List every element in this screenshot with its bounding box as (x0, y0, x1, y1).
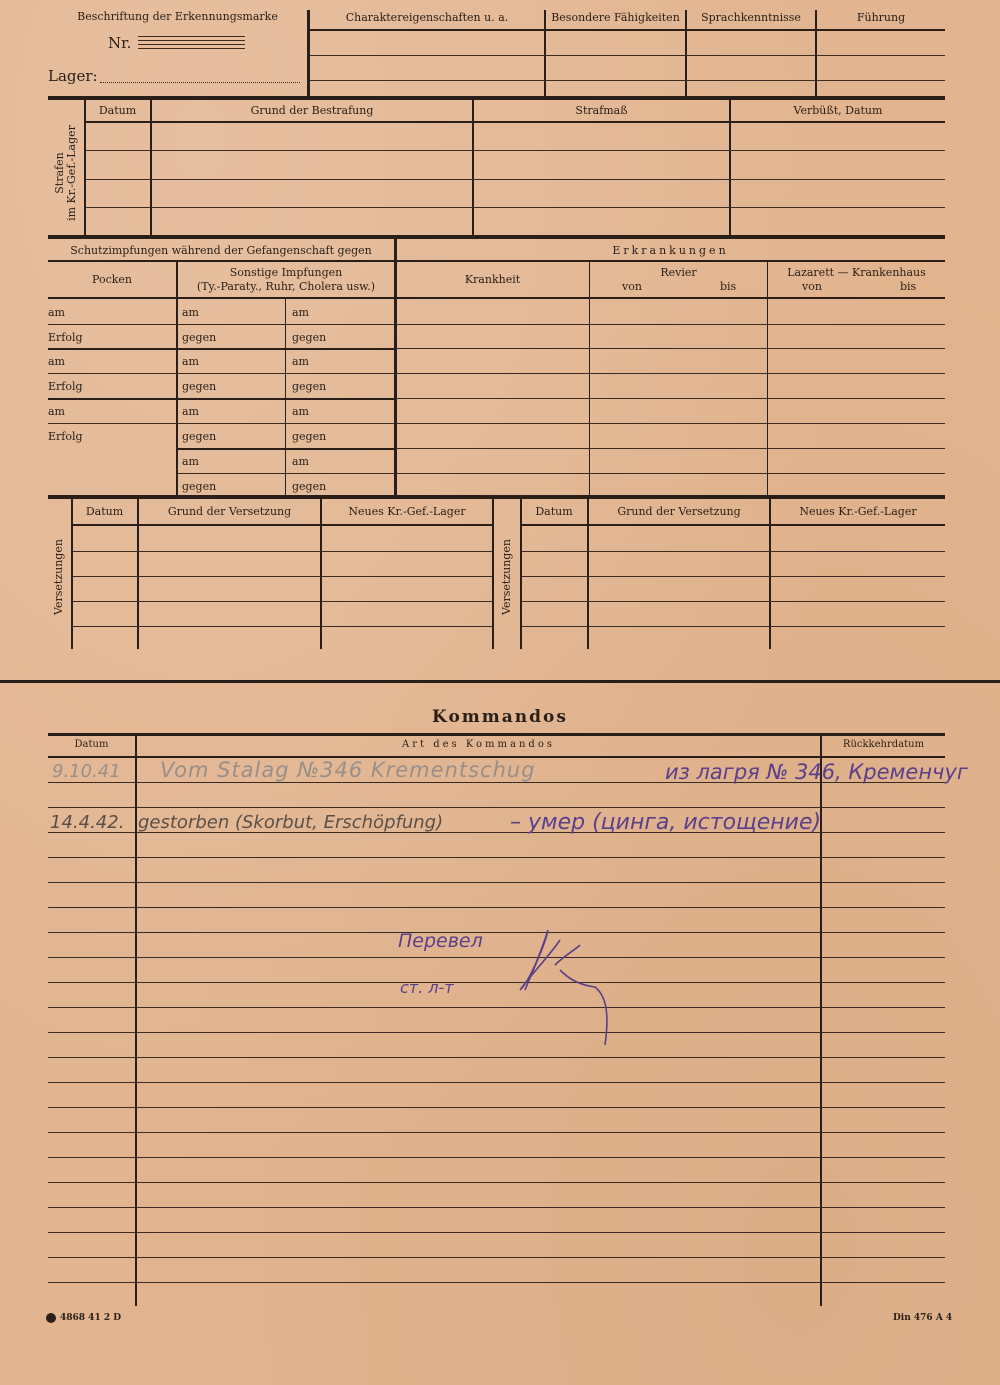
divider (492, 499, 494, 649)
col-fuehrung: Führung (817, 11, 945, 24)
divider (48, 348, 394, 350)
divider (521, 524, 945, 526)
schutzimpfungen-title: Schutzimpfungen während der Gefangenscha… (48, 244, 394, 257)
lager-label: Lager: (48, 67, 98, 85)
divider (396, 423, 945, 424)
sonstige-am: am (292, 355, 309, 368)
pocken-label: Pocken (48, 273, 176, 286)
pocken-erfolg-1: Erfolg (48, 331, 83, 344)
divider (72, 626, 492, 627)
krankheit-label: Krankheit (396, 273, 589, 286)
divider (72, 576, 492, 577)
pocken-erfolg-3: Erfolg (48, 430, 83, 443)
sonstige-gegen: gegen (182, 331, 216, 344)
divider (72, 601, 492, 602)
col-besondere-faehigkeiten: Besondere Fähigkeiten (546, 11, 685, 24)
footer-seal-icon (46, 1313, 56, 1323)
divider (85, 179, 945, 180)
strafen-col-grund: Grund der Bestrafung (152, 104, 472, 117)
divider (521, 551, 945, 552)
sonstige-gegen: gegen (292, 430, 326, 443)
section-divider (48, 235, 945, 239)
divider (85, 150, 945, 151)
kommandos-title: Kommandos (400, 707, 600, 727)
sonstige-gegen: gegen (292, 331, 326, 344)
sonstige-gegen: gegen (292, 480, 326, 493)
divider (48, 398, 394, 400)
divider (396, 448, 945, 449)
divider (85, 207, 945, 208)
strafen-label-line2: im Kr.-Gef.-Lager (66, 103, 78, 243)
kommandos-col-art: Art des Kommandos (137, 739, 820, 750)
divider (85, 121, 945, 123)
sonstige-am: am (182, 405, 199, 418)
divider (310, 29, 945, 31)
sonstige-am: am (292, 306, 309, 319)
versetzung-right-col-lager: Neues Kr.-Gef.-Lager (771, 505, 945, 518)
revier-bis: bis (720, 280, 736, 293)
nr-field[interactable] (138, 36, 245, 52)
entry-2-art-ink: – умер (цинга, истощение) (510, 810, 821, 835)
sonstige-am: am (182, 306, 199, 319)
divider (48, 324, 394, 325)
erkrankungen-title: Erkrankungen (396, 244, 945, 257)
divider (72, 551, 492, 552)
sonstige-label-2: (Ty.-Paraty., Ruhr, Cholera usw.) (178, 280, 394, 293)
pocken-am-3: am (48, 405, 65, 418)
lager-field[interactable] (100, 82, 300, 83)
divider (310, 80, 945, 81)
lazarett-label: Lazarett — Krankenhaus (768, 266, 945, 279)
divider (48, 297, 394, 299)
divider (176, 423, 394, 424)
col-sprachkenntnisse: Sprachkenntnisse (687, 11, 815, 24)
divider (521, 626, 945, 627)
signature-line2: ст. л-т (400, 978, 454, 997)
divider (396, 473, 945, 474)
section-divider (48, 96, 945, 100)
sonstige-gegen: gegen (182, 480, 216, 493)
sonstige-am: am (182, 455, 199, 468)
revier-label: Revier (590, 266, 767, 279)
sonstige-am: am (182, 355, 199, 368)
strafen-col-verbuesst: Verbüßt, Datum (731, 104, 945, 117)
divider (521, 601, 945, 602)
lazarett-von: von (802, 280, 822, 293)
divider (396, 348, 945, 349)
divider (310, 55, 945, 56)
kommandos-rows (48, 758, 945, 1306)
versetzung-right-col-datum: Datum (521, 505, 587, 518)
sonstige-gegen: gegen (292, 380, 326, 393)
divider (396, 297, 945, 299)
divider (48, 373, 394, 374)
divider (72, 524, 492, 526)
revier-von: von (622, 280, 642, 293)
lazarett-bis: bis (900, 280, 916, 293)
kommandos-col-datum: Datum (48, 739, 135, 750)
divider (48, 423, 176, 424)
pocken-erfolg-2: Erfolg (48, 380, 83, 393)
strafen-col-datum: Datum (85, 104, 150, 117)
entry-2-art-pencil: gestorben (Skorbut, Erschöpfung) (138, 812, 443, 833)
entry-1-datum: 9.10.41 (52, 761, 121, 782)
sonstige-am: am (292, 455, 309, 468)
signature-line1: Перевел (398, 930, 483, 952)
divider (396, 398, 945, 399)
fold-line (0, 680, 1000, 683)
nr-label: Nr. (108, 34, 131, 52)
divider (48, 260, 394, 262)
erkennungsmarke-label: Beschriftung der Erkennungsmarke (70, 10, 285, 23)
footer-right-code: Din 476 A 4 (893, 1313, 952, 1323)
sonstige-am: am (292, 405, 309, 418)
versetzungen-side-label-left: Versetzungen (53, 537, 67, 617)
kommandos-col-rueckkehr: Rückkehrdatum (822, 739, 945, 750)
sonstige-gegen: gegen (182, 380, 216, 393)
divider (521, 576, 945, 577)
divider (396, 260, 945, 262)
divider (176, 473, 394, 474)
sonstige-label-1: Sonstige Impfungen (178, 266, 394, 279)
pocken-am-1: am (48, 306, 65, 319)
entry-2-datum: 14.4.42. (50, 812, 124, 833)
versetzung-right-col-grund: Grund der Versetzung (589, 505, 769, 518)
signature-scribble (500, 925, 620, 1050)
divider (396, 324, 945, 325)
section-divider (48, 495, 945, 499)
pocken-am-2: am (48, 355, 65, 368)
footer-left-code: 4868 41 2 D (60, 1313, 121, 1323)
sonstige-gegen: gegen (182, 430, 216, 443)
versetzung-left-col-grund: Grund der Versetzung (139, 505, 320, 518)
versetzung-left-col-lager: Neues Kr.-Gef.-Lager (322, 505, 492, 518)
entry-1-art-pencil: Vom Stalag №346 Krementschug (160, 758, 536, 782)
divider (176, 448, 394, 450)
versetzungen-side-label-right: Versetzungen (501, 537, 515, 617)
divider (48, 733, 945, 736)
strafen-col-strafmass: Strafmaß (474, 104, 729, 117)
strafen-side-label: Strafen im Kr.-Gef.-Lager (54, 103, 80, 243)
versetzung-left-col-datum: Datum (72, 505, 137, 518)
col-charaktereigenschaften: Charaktereigenschaften u. a. (310, 11, 544, 24)
divider (396, 373, 945, 374)
entry-1-art-ink: из лагря № 346, Кременчуг (665, 760, 968, 784)
